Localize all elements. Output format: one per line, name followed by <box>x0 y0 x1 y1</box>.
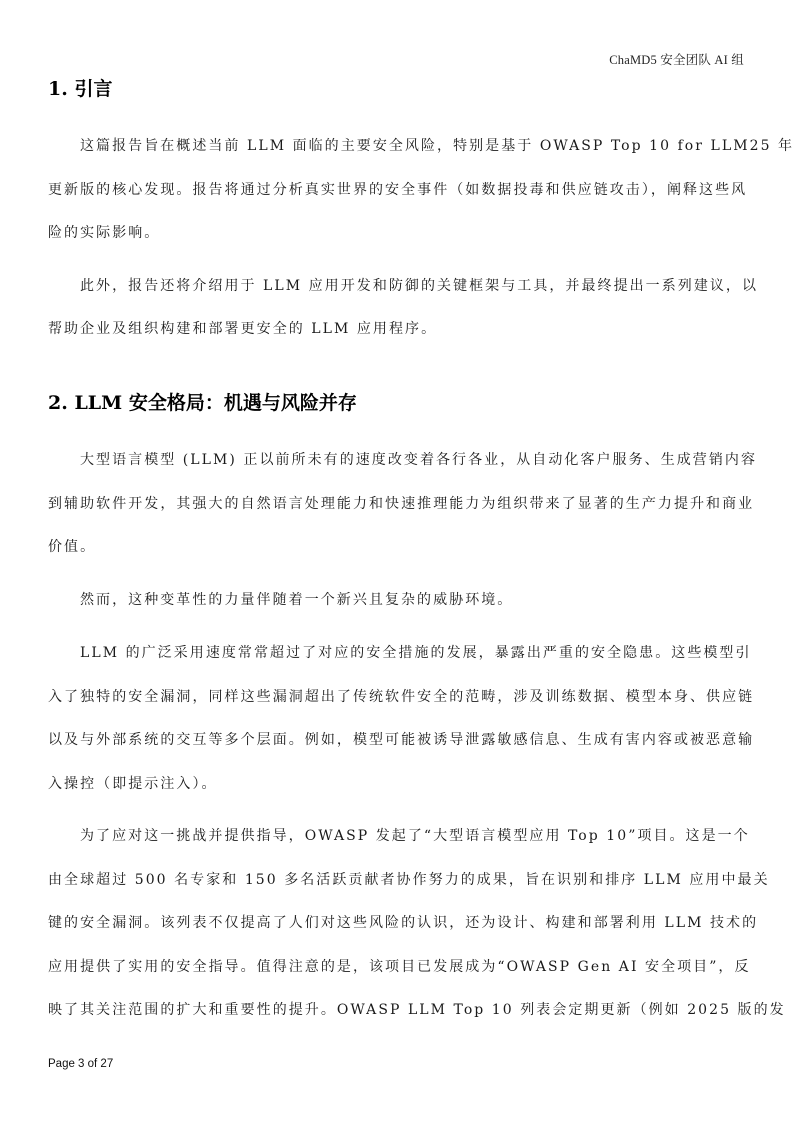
paragraph-line: 由全球超过 500 名专家和 150 多名活跃贡献者协作努力的成果，旨在识别和排… <box>48 871 744 889</box>
paragraph-line: 然而，这种变革性的力量伴随着一个新兴且复杂的威胁环境。 <box>80 591 744 609</box>
paragraph-line: 这篇报告旨在概述当前 LLM 面临的主要安全风险，特别是基于 OWASP Top… <box>80 137 744 155</box>
paragraph-line: 以及与外部系统的交互等多个层面。例如，模型可能被诱导泄露敏感信息、生成有害内容或… <box>48 731 744 749</box>
paragraph-line: 更新版的核心发现。报告将通过分析真实世界的安全事件（如数据投毒和供应链攻击），阐… <box>48 181 744 199</box>
running-header: ChaMD5 安全团队 AI 组 <box>609 50 744 68</box>
paragraph-line: 价值。 <box>48 538 744 556</box>
paragraph-line: 映了其关注范围的扩大和重要性的提升。OWASP LLM Top 10 列表会定期… <box>48 1001 744 1019</box>
section-heading-llm-security-landscape: 2. LLM 安全格局：机遇与风险并存 <box>48 388 357 415</box>
paragraph-line: 为了应对这一挑战并提供指导，OWASP 发起了“大型语言模型应用 Top 10”… <box>80 827 744 845</box>
page-number-footer: Page 3 of 27 <box>48 1058 113 1070</box>
paragraph-line: 键的安全漏洞。该列表不仅提高了人们对这些风险的认识，还为设计、构建和部署利用 L… <box>48 914 744 932</box>
paragraph-line: 险的实际影响。 <box>48 224 744 242</box>
paragraph-line: 此外，报告还将介绍用于 LLM 应用开发和防御的关键框架与工具，并最终提出一系列… <box>80 277 744 295</box>
paragraph-line: 帮助企业及组织构建和部署更安全的 LLM 应用程序。 <box>48 320 744 338</box>
paragraph-line: LLM 的广泛采用速度常常超过了对应的安全措施的发展，暴露出严重的安全隐患。这些… <box>80 644 744 662</box>
section-heading-introduction: 1. 引言 <box>48 74 112 101</box>
paragraph-line: 入了独特的安全漏洞，同样这些漏洞超出了传统软件安全的范畴，涉及训练数据、模型本身… <box>48 688 744 706</box>
paragraph-line: 入操控（即提示注入）。 <box>48 775 744 793</box>
paragraph-line: 大型语言模型 (LLM) 正以前所未有的速度改变着各行各业，从自动化客户服务、生… <box>80 451 744 469</box>
paragraph-line: 应用提供了实用的安全指导。值得注意的是，该项目已发展成为“OWASP Gen A… <box>48 958 744 976</box>
paragraph-line: 到辅助软件开发，其强大的自然语言处理能力和快速推理能力为组织带来了显著的生产力提… <box>48 495 744 513</box>
